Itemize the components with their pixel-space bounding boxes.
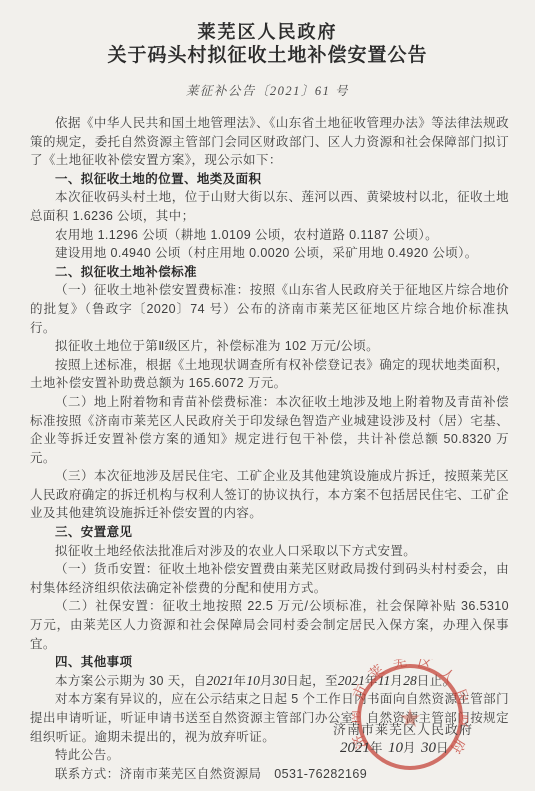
text-segment: 建设用地 0.4940 公顷（村庄用地 0.0020 公顷，采矿用地 0.492… [55, 246, 478, 260]
signature-date-year: 2021 [340, 740, 370, 756]
paragraph: （二）社保安置：征收土地按照 22.5 万元/公顷标准，社会保障补贴 36.53… [30, 597, 509, 653]
text-segment: 拟征收土地经依法批准后对涉及的农业人口采取以下方式安置。 [55, 544, 416, 558]
document-number: 莱征补公告〔2021〕61 号 [0, 81, 535, 99]
text-segment: 三、安置意见 [55, 525, 132, 539]
issuing-authority-title: 莱芜区人民政府 [0, 21, 535, 43]
year-label: 年 [370, 741, 384, 755]
text-segment: 本方案公示期为 30 天，自 [55, 674, 206, 688]
handwritten-date: 30 [273, 673, 287, 688]
month-label: 月 [403, 741, 417, 755]
section-heading: 二、拟征收土地补偿标准 [30, 263, 509, 282]
handwritten-date: 2021 [206, 673, 233, 688]
text-segment: 特此公告。 [55, 748, 120, 762]
day-label: 日 [436, 741, 450, 755]
paragraph: 拟征收土地经依法批准后对涉及的农业人口采取以下方式安置。 [30, 542, 509, 561]
text-segment: （二）社保安置：征收土地按照 22.5 万元/公顷标准，社会保障补贴 36.53… [30, 599, 509, 650]
signature-issuer: 济南市莱芜区人民政府 [333, 719, 473, 738]
text-segment: 日起，至 [286, 674, 338, 688]
text-segment: （三）本次征地涉及居民住宅、工矿企业及其他建筑设施成片拆迁，按照莱芜区人民政府确… [30, 469, 509, 520]
paragraph: （二）地上附着物和青苗补偿费标准：本次征收土地涉及地上附着物及青苗补偿标准按照《… [30, 393, 509, 467]
text-segment: （二）地上附着物和青苗补偿费标准：本次征收土地涉及地上附着物及青苗补偿标准按照《… [30, 395, 509, 465]
text-segment: 农用地 1.1296 公顷（耕地 1.0109 公顷，农村道路 0.1187 公… [55, 228, 438, 242]
text-segment: 二、拟征收土地补偿标准 [55, 265, 197, 279]
text-segment: 依据《中华人民共和国土地管理法》、《山东省土地征收管理办法》等法律法规政策的规定… [30, 116, 509, 167]
text-segment: 四、其他事项 [55, 655, 132, 669]
paragraph: 农用地 1.1296 公顷（耕地 1.0109 公顷，农村道路 0.1187 公… [30, 226, 509, 245]
text-segment: （一）征收土地补偿安置费标准：按照《山东省人民政府关于征地区片综合地价的批复》（… [30, 283, 509, 334]
text-segment: 一、拟征收土地的位置、地类及面积 [55, 172, 261, 186]
section-heading: 一、拟征收土地的位置、地类及面积 [30, 170, 509, 189]
text-segment: （一）货币安置：征收土地补偿安置费由莱芜区财政局拨付到码头村村委会，由村集体经济… [30, 562, 509, 595]
text-segment: 月 [260, 674, 273, 688]
paragraph: 按照上述标准，根据《土地现状调查所有权补偿登记表》确定的现状地类面积，土地补偿安… [30, 356, 509, 393]
text-segment: 年 [233, 674, 246, 688]
paragraph: 本次征收码头村土地，位于山财大街以东、莲河以西、黄梁坡村以北，征收土地总面积 1… [30, 188, 509, 225]
section-heading: 三、安置意见 [30, 523, 509, 542]
paragraph: （一）货币安置：征收土地补偿安置费由莱芜区财政局拨付到码头村村委会，由村集体经济… [30, 560, 509, 597]
text-segment: 本次征收码头村土地，位于山财大街以东、莲河以西、黄梁坡村以北，征收土地总面积 1… [30, 190, 509, 223]
paragraph: 依据《中华人民共和国土地管理法》、《山东省土地征收管理办法》等法律法规政策的规定… [30, 114, 509, 170]
official-seal: 济南市莱芜区人民政府 ★ [352, 659, 468, 775]
signature-date-month: 10 [388, 740, 403, 756]
signature-date: 2021年 10月 30日 [340, 738, 450, 757]
paragraph: 拟征收土地位于第Ⅱ级区片，补偿标准为 102 万元/公顷。 [30, 337, 509, 356]
paragraph: 建设用地 0.4940 公顷（村庄用地 0.0020 公顷，采矿用地 0.492… [30, 244, 509, 263]
announcement-page: 莱芜区人民政府 关于码头村拟征收土地补偿安置公告 莱征补公告〔2021〕61 号… [0, 0, 535, 791]
handwritten-date: 10 [246, 673, 260, 688]
text-segment: 按照上述标准，根据《土地现状调查所有权补偿登记表》确定的现状地类面积，土地补偿安… [30, 358, 509, 391]
text-segment: 联系方式：济南市莱芜区自然资源局 0531-76282169 [55, 767, 367, 781]
signature-date-day: 30 [421, 740, 436, 756]
document-title: 关于码头村拟征收土地补偿安置公告 [0, 44, 535, 68]
text-segment: 拟征收土地位于第Ⅱ级区片，补偿标准为 102 万元/公顷。 [55, 339, 379, 353]
document-header: 莱芜区人民政府 关于码头村拟征收土地补偿安置公告 莱征补公告〔2021〕61 号 [0, 0, 535, 99]
paragraph: （三）本次征地涉及居民住宅、工矿企业及其他建筑设施成片拆迁，按照莱芜区人民政府确… [30, 467, 509, 523]
paragraph: （一）征收土地补偿安置费标准：按照《山东省人民政府关于征地区片综合地价的批复》（… [30, 281, 509, 337]
